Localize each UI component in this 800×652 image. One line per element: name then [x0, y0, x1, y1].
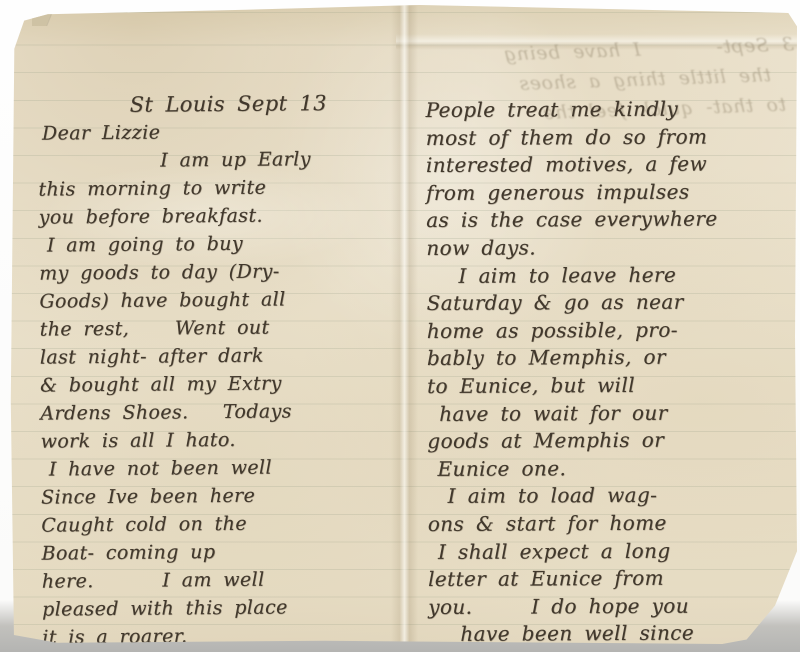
handwritten-line: have been well since: [428, 619, 800, 649]
handwritten-line: Ardens Shoes. Todays: [40, 396, 405, 427]
handwritten-line: I aim to leave here: [426, 261, 800, 291]
handwritten-line: People treat me kindly: [426, 95, 800, 125]
handwritten-line: have to wait for our: [427, 399, 800, 429]
handwritten-line: Saturday & go as near: [427, 288, 800, 318]
letter-paper: 3 Sept- I have beingthe little thing a s…: [10, 4, 797, 644]
handwritten-line: to Eunice, but will: [427, 371, 800, 401]
handwritten-line: my goods to day (Dry-: [39, 256, 404, 287]
handwritten-line: letter at Eunice from: [428, 564, 800, 594]
handwritten-line: last night- after dark: [40, 340, 405, 371]
handwritten-line: I am going to buy: [39, 228, 404, 259]
left-page-text: St Louis Sept 13Dear LizzieI am up Early…: [38, 88, 408, 651]
handwritten-line: pleased with this place: [42, 592, 407, 623]
handwritten-line: I shall expect a long: [428, 537, 800, 567]
handwritten-line: you. I do hope you: [428, 592, 800, 622]
handwritten-line: Since Ive been here: [41, 480, 406, 511]
handwritten-line: most of them do so from: [426, 123, 800, 153]
handwritten-line: it is a roarer.: [42, 620, 407, 651]
handwritten-line: I have not been well: [41, 452, 406, 483]
handwritten-line: Eunice one.: [427, 454, 800, 484]
top-left-corner-fold: [32, 9, 72, 26]
handwritten-line: the rest, Went out: [40, 312, 405, 343]
handwritten-line: now days.: [426, 233, 800, 263]
handwritten-line: St Louis Sept 13: [38, 88, 403, 119]
handwritten-line: as is the case everywhere: [426, 205, 800, 235]
handwritten-line: goods at Memphis or: [427, 426, 800, 456]
handwritten-line: Caught cold on the: [41, 508, 406, 539]
handwritten-line: Goods) have bought all: [39, 284, 404, 315]
handwritten-line: here. I am well: [42, 564, 407, 595]
handwritten-line: from generous impulses: [426, 178, 800, 208]
letter-scan: 3 Sept- I have beingthe little thing a s…: [0, 0, 800, 652]
handwritten-line: Dear Lizzie: [38, 116, 403, 147]
handwritten-line: work is all I hato.: [40, 424, 405, 455]
handwritten-line: Boat- coming up: [41, 536, 406, 567]
handwritten-line: interested motives, a few: [426, 150, 800, 180]
handwritten-line: this morning to write: [38, 172, 403, 203]
handwritten-line: & bought all my Extry: [40, 368, 405, 399]
handwritten-line: I aim to load wag-: [428, 481, 800, 511]
handwritten-line: bably to Memphis, or: [427, 343, 800, 373]
handwritten-line: you before breakfast.: [39, 200, 404, 231]
handwritten-line: ons & start for home: [428, 509, 800, 539]
handwritten-line: I am up Early: [38, 144, 403, 175]
right-page-text: People treat me kindlymost of them do so…: [426, 95, 800, 649]
handwritten-line: home as possible, pro-: [427, 316, 800, 346]
